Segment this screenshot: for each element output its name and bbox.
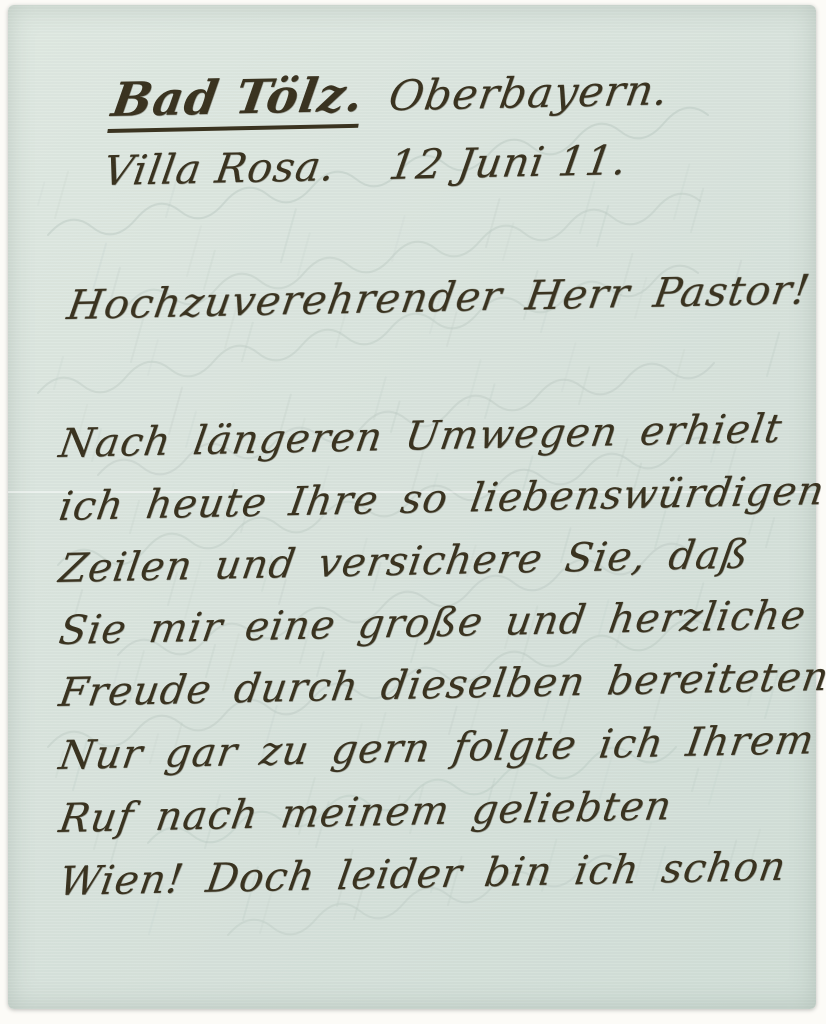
letterhead-region: Oberbayern.: [386, 65, 673, 120]
scanned-letter-photo: Bad Tölz.Oberbayern. Villa Rosa.12 Juni …: [0, 0, 826, 1024]
letterhead-address: Villa Rosa.: [100, 142, 339, 195]
letterhead-date: 12 Juni 11.: [386, 136, 631, 189]
letterhead-place: Bad Tölz.: [107, 68, 367, 133]
letter-paper: Bad Tölz.Oberbayern. Villa Rosa.12 Juni …: [8, 5, 816, 1009]
